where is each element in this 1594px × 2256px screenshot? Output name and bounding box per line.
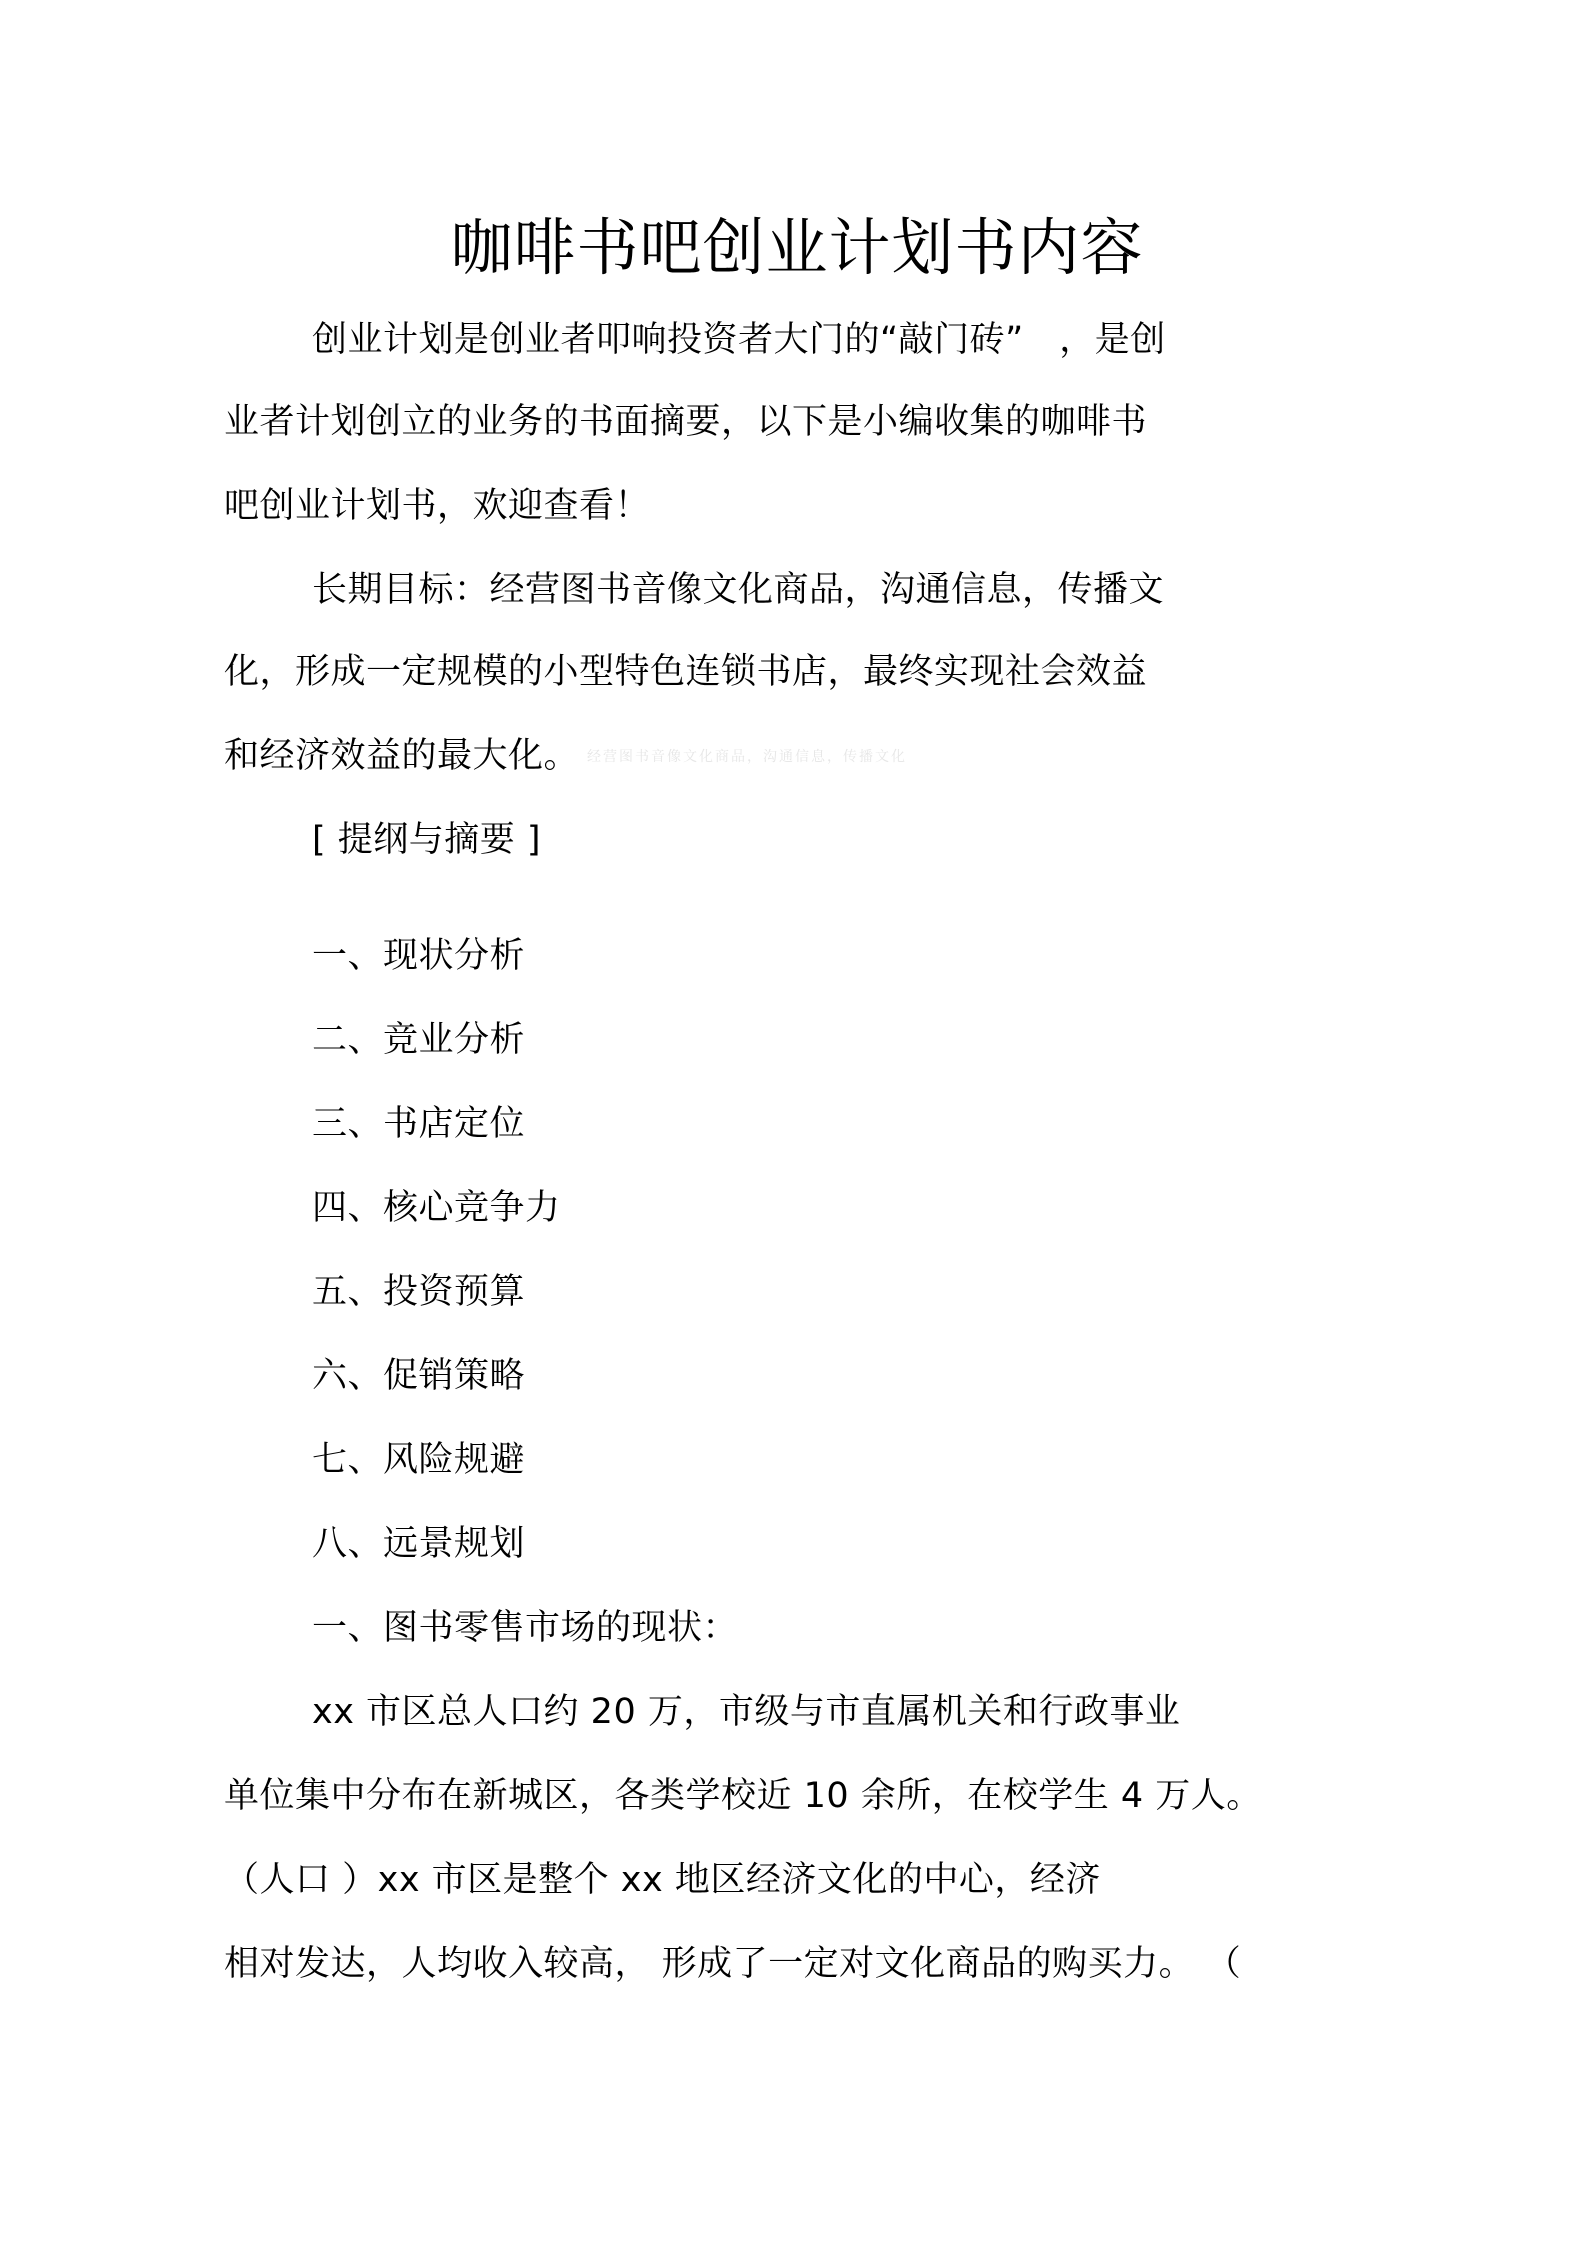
goal-line-3: 和经济效益的最大化。经营图书音像文化商品，沟通信息，传播文化 xyxy=(224,734,907,779)
goal-line-2: 化，形成一定规模的小型特色连锁书店，最终实现社会效益 xyxy=(224,650,1147,694)
outline-item: 一、现状分析 xyxy=(312,934,525,978)
goal-line-1: 长期目标：经营图书音像文化商品，沟通信息，传播文 xyxy=(312,568,1164,612)
outline-item: 三、书店定位 xyxy=(312,1102,525,1146)
intro-line-2: 业者计划创立的业务的书面摘要，以下是小编收集的咖啡书 xyxy=(224,400,1147,444)
section-1-heading: 一、图书零售市场的现状： xyxy=(312,1606,738,1650)
outline-item: 四、核心竞争力 xyxy=(312,1186,561,1230)
outline-item: 六、促销策略 xyxy=(312,1354,525,1398)
outline-item: 八、远景规划 xyxy=(312,1522,525,1566)
ghost-watermark-text: 经营图书音像文化商品，沟通信息，传播文化 xyxy=(587,749,907,765)
section-1-para-line-1: xx 市区总人口约 20 万，市级与市直属机关和行政事业 xyxy=(312,1690,1180,1734)
section-1-para-line-2: 单位集中分布在新城区，各类学校近 10 余所，在校学生 4 万人。 xyxy=(224,1774,1262,1818)
outline-item: 五、投资预算 xyxy=(312,1270,525,1314)
section-1-para-line-3: （人口 ）xx 市区是整个 xx 地区经济文化的中心，经济 xyxy=(224,1858,1101,1902)
document-title: 咖啡书吧创业计划书内容 xyxy=(0,208,1594,288)
document-page: 咖啡书吧创业计划书内容 创业计划是创业者叩响投资者大门的“敲门砖” ，是创 业者… xyxy=(0,0,1594,2256)
goal-line-3-text: 和经济效益的最大化。 xyxy=(224,736,579,776)
intro-line-1: 创业计划是创业者叩响投资者大门的“敲门砖” ，是创 xyxy=(312,318,1166,362)
outline-heading: [ 提纲与摘要 ] xyxy=(312,818,541,862)
section-1-para-line-4: 相对发达，人均收入较高， 形成了一定对文化商品的购买力。 （ xyxy=(224,1942,1241,1986)
intro-line-3: 吧创业计划书，欢迎查看！ xyxy=(224,484,650,528)
outline-item: 二、竞业分析 xyxy=(312,1018,525,1062)
outline-item: 七、风险规避 xyxy=(312,1438,525,1482)
